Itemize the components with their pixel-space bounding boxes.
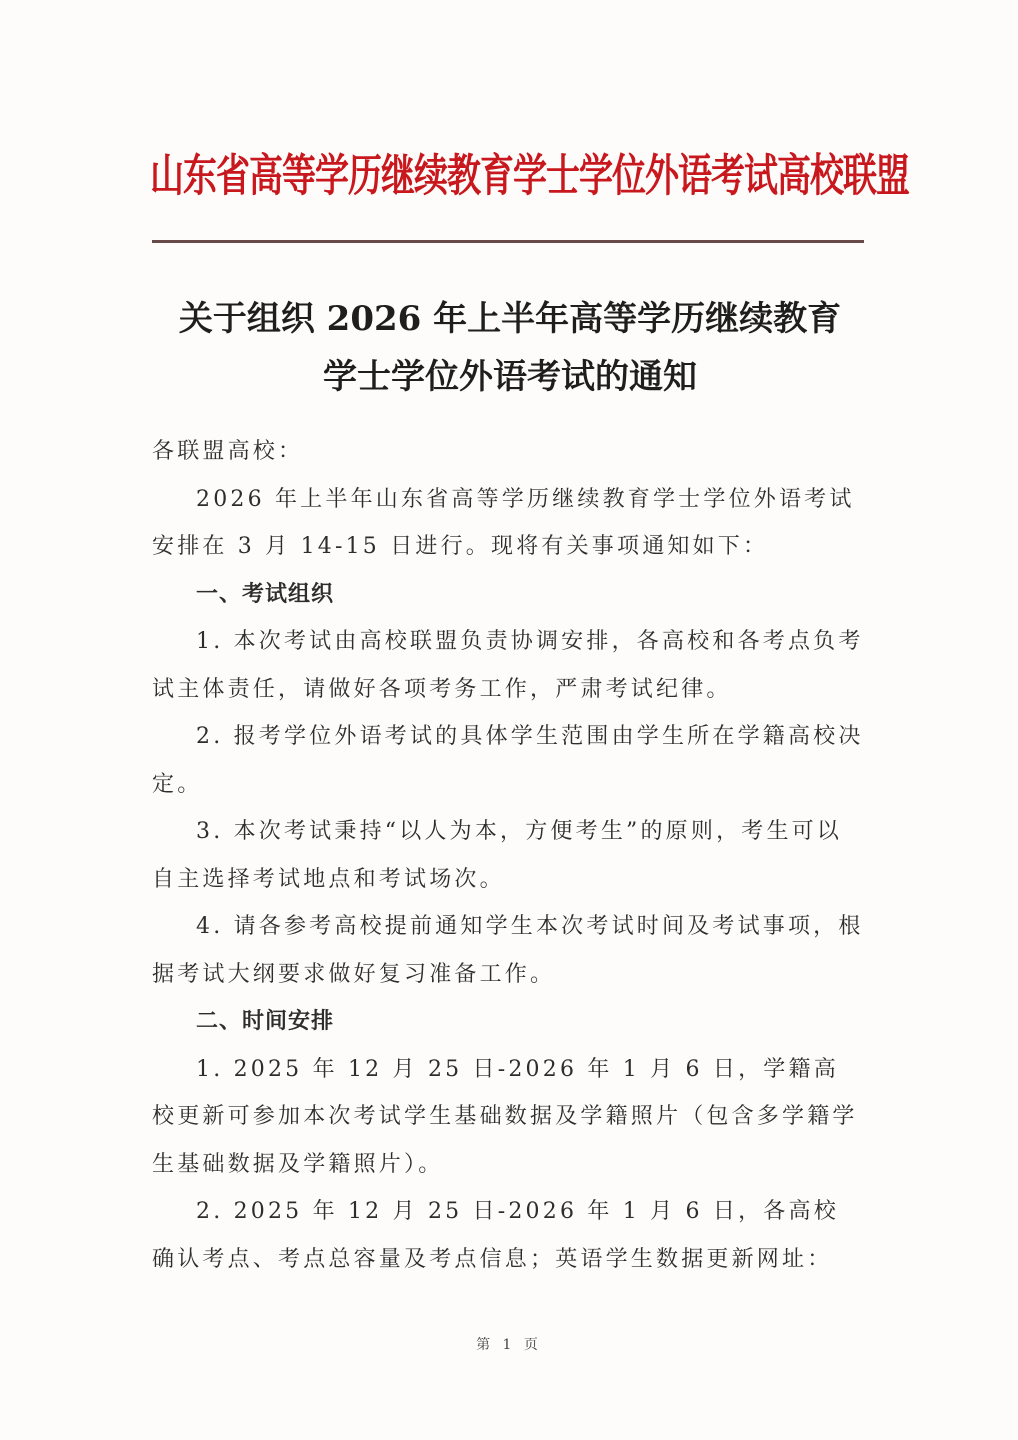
intro-paragraph: 2026 年上半年山东省高等学历继续教育学士学位外语考试安排在 3 月 14-1…	[152, 476, 864, 571]
document-body: 各联盟高校： 2026 年上半年山东省高等学历继续教育学士学位外语考试安排在 3…	[152, 428, 864, 1283]
section-2-item-2: 2. 2025 年 12 月 25 日-2026 年 1 月 6 日，各高校确认…	[152, 1188, 864, 1283]
salutation: 各联盟高校：	[152, 428, 864, 476]
section-1-item-2: 2. 报考学位外语考试的具体学生范围由学生所在学籍高校决定。	[152, 713, 864, 808]
document-page: 山东省高等学历继续教育学士学位外语考试高校联盟 关于组织 2026 年上半年高等…	[0, 0, 1018, 1440]
page-number: 第 1 页	[0, 1334, 1018, 1354]
letterhead-org-name: 山东省高等学历继续教育学士学位外语考试高校联盟	[150, 140, 865, 204]
document-title: 关于组织 2026 年上半年高等学历继续教育 学士学位外语考试的通知	[140, 290, 880, 406]
title-line-2: 学士学位外语考试的通知	[140, 348, 880, 406]
section-heading-schedule: 二、时间安排	[152, 998, 864, 1046]
letterhead-divider	[152, 240, 864, 243]
section-2-item-1: 1. 2025 年 12 月 25 日-2026 年 1 月 6 日，学籍高校更…	[152, 1046, 864, 1189]
section-1-item-3: 3. 本次考试秉持“以人为本，方便考生”的原则，考生可以自主选择考试地点和考试场…	[152, 808, 864, 903]
section-1-item-4: 4. 请各参考高校提前通知学生本次考试时间及考试事项，根据考试大纲要求做好复习准…	[152, 903, 864, 998]
section-1-item-1: 1. 本次考试由高校联盟负责协调安排，各高校和各考点负考试主体责任，请做好各项考…	[152, 618, 864, 713]
title-line-1: 关于组织 2026 年上半年高等学历继续教育	[140, 290, 880, 348]
section-heading-organization: 一、考试组织	[152, 571, 864, 619]
